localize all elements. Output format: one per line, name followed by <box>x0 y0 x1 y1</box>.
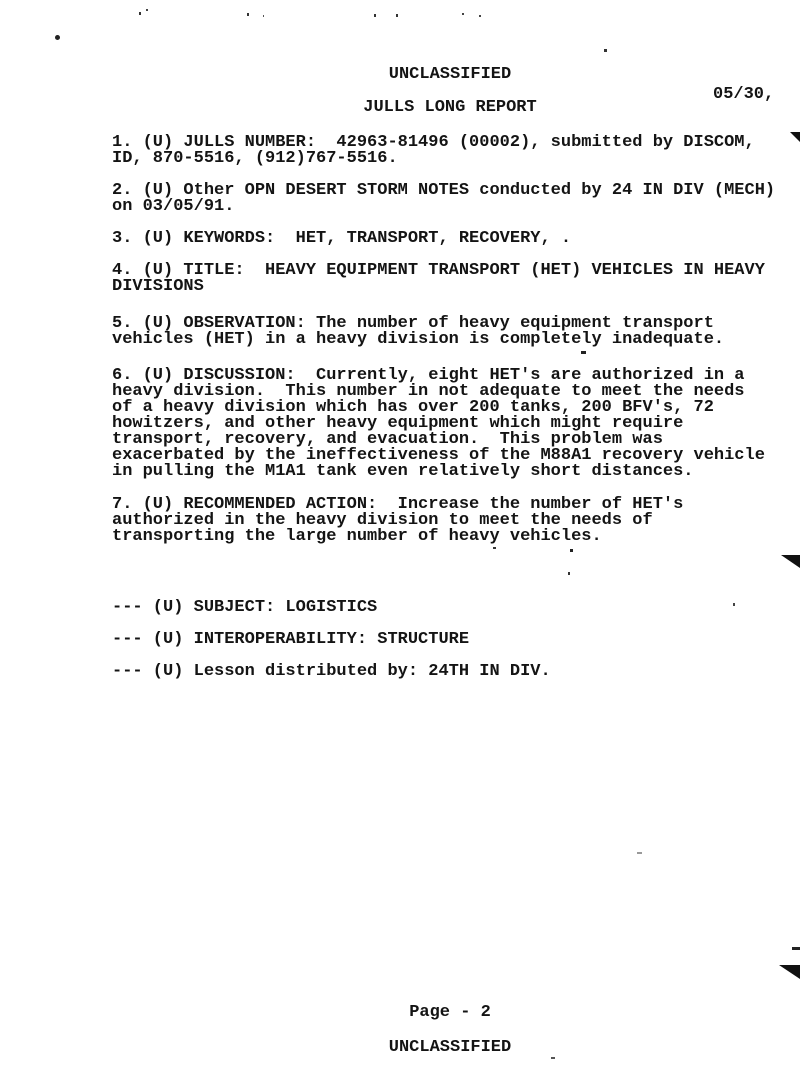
scan-speck <box>581 351 586 354</box>
scan-speck <box>570 549 573 552</box>
scan-speck <box>479 15 481 17</box>
footnote-interoperability: --- (U) INTEROPERABILITY: STRUCTURE <box>112 632 800 648</box>
scan-speck <box>263 15 264 17</box>
scan-speck <box>604 49 607 52</box>
classification-header: UNCLASSIFIED <box>112 67 788 83</box>
scan-speck <box>139 12 141 15</box>
paragraph-keywords: 3. (U) KEYWORDS: HET, TRANSPORT, RECOVER… <box>112 231 800 247</box>
footnote-distribution: --- (U) Lesson distributed by: 24TH IN D… <box>112 664 800 680</box>
scan-speck <box>396 14 398 17</box>
page-number: Page - 2 <box>112 1005 788 1021</box>
paragraph-title: 4. (U) TITLE: HEAVY EQUIPMENT TRANSPORT … <box>112 263 800 295</box>
scan-speck <box>637 852 642 854</box>
scan-speck <box>568 572 570 575</box>
report-title: JULLS LONG REPORT <box>112 100 788 116</box>
classification-footer: UNCLASSIFIED <box>112 1040 788 1056</box>
scan-artifact-wedge <box>779 965 800 979</box>
scan-speck <box>551 1057 555 1059</box>
scan-artifact-wedge <box>781 555 800 568</box>
paragraph-julls-number: 1. (U) JULLS NUMBER: 42963-81496 (00002)… <box>112 135 800 167</box>
paragraph-opn-notes: 2. (U) Other OPN DESERT STORM NOTES cond… <box>112 183 800 215</box>
paragraph-observation: 5. (U) OBSERVATION: The number of heavy … <box>112 316 800 348</box>
scan-speck <box>462 13 464 15</box>
paragraph-recommended-action: 7. (U) RECOMMENDED ACTION: Increase the … <box>112 497 800 545</box>
scan-speck <box>374 14 376 17</box>
scan-speck <box>247 13 249 16</box>
scan-speck <box>146 9 148 11</box>
footnote-subject: --- (U) SUBJECT: LOGISTICS <box>112 600 800 616</box>
scan-speck <box>493 547 496 549</box>
paragraph-discussion: 6. (U) DISCUSSION: Currently, eight HET'… <box>112 368 800 480</box>
scan-speck <box>733 603 735 606</box>
scan-speck <box>55 35 60 40</box>
scan-speck <box>792 947 800 950</box>
scanned-document-page: UNCLASSIFIED 05/30, JULLS LONG REPORT 1.… <box>0 0 800 1088</box>
